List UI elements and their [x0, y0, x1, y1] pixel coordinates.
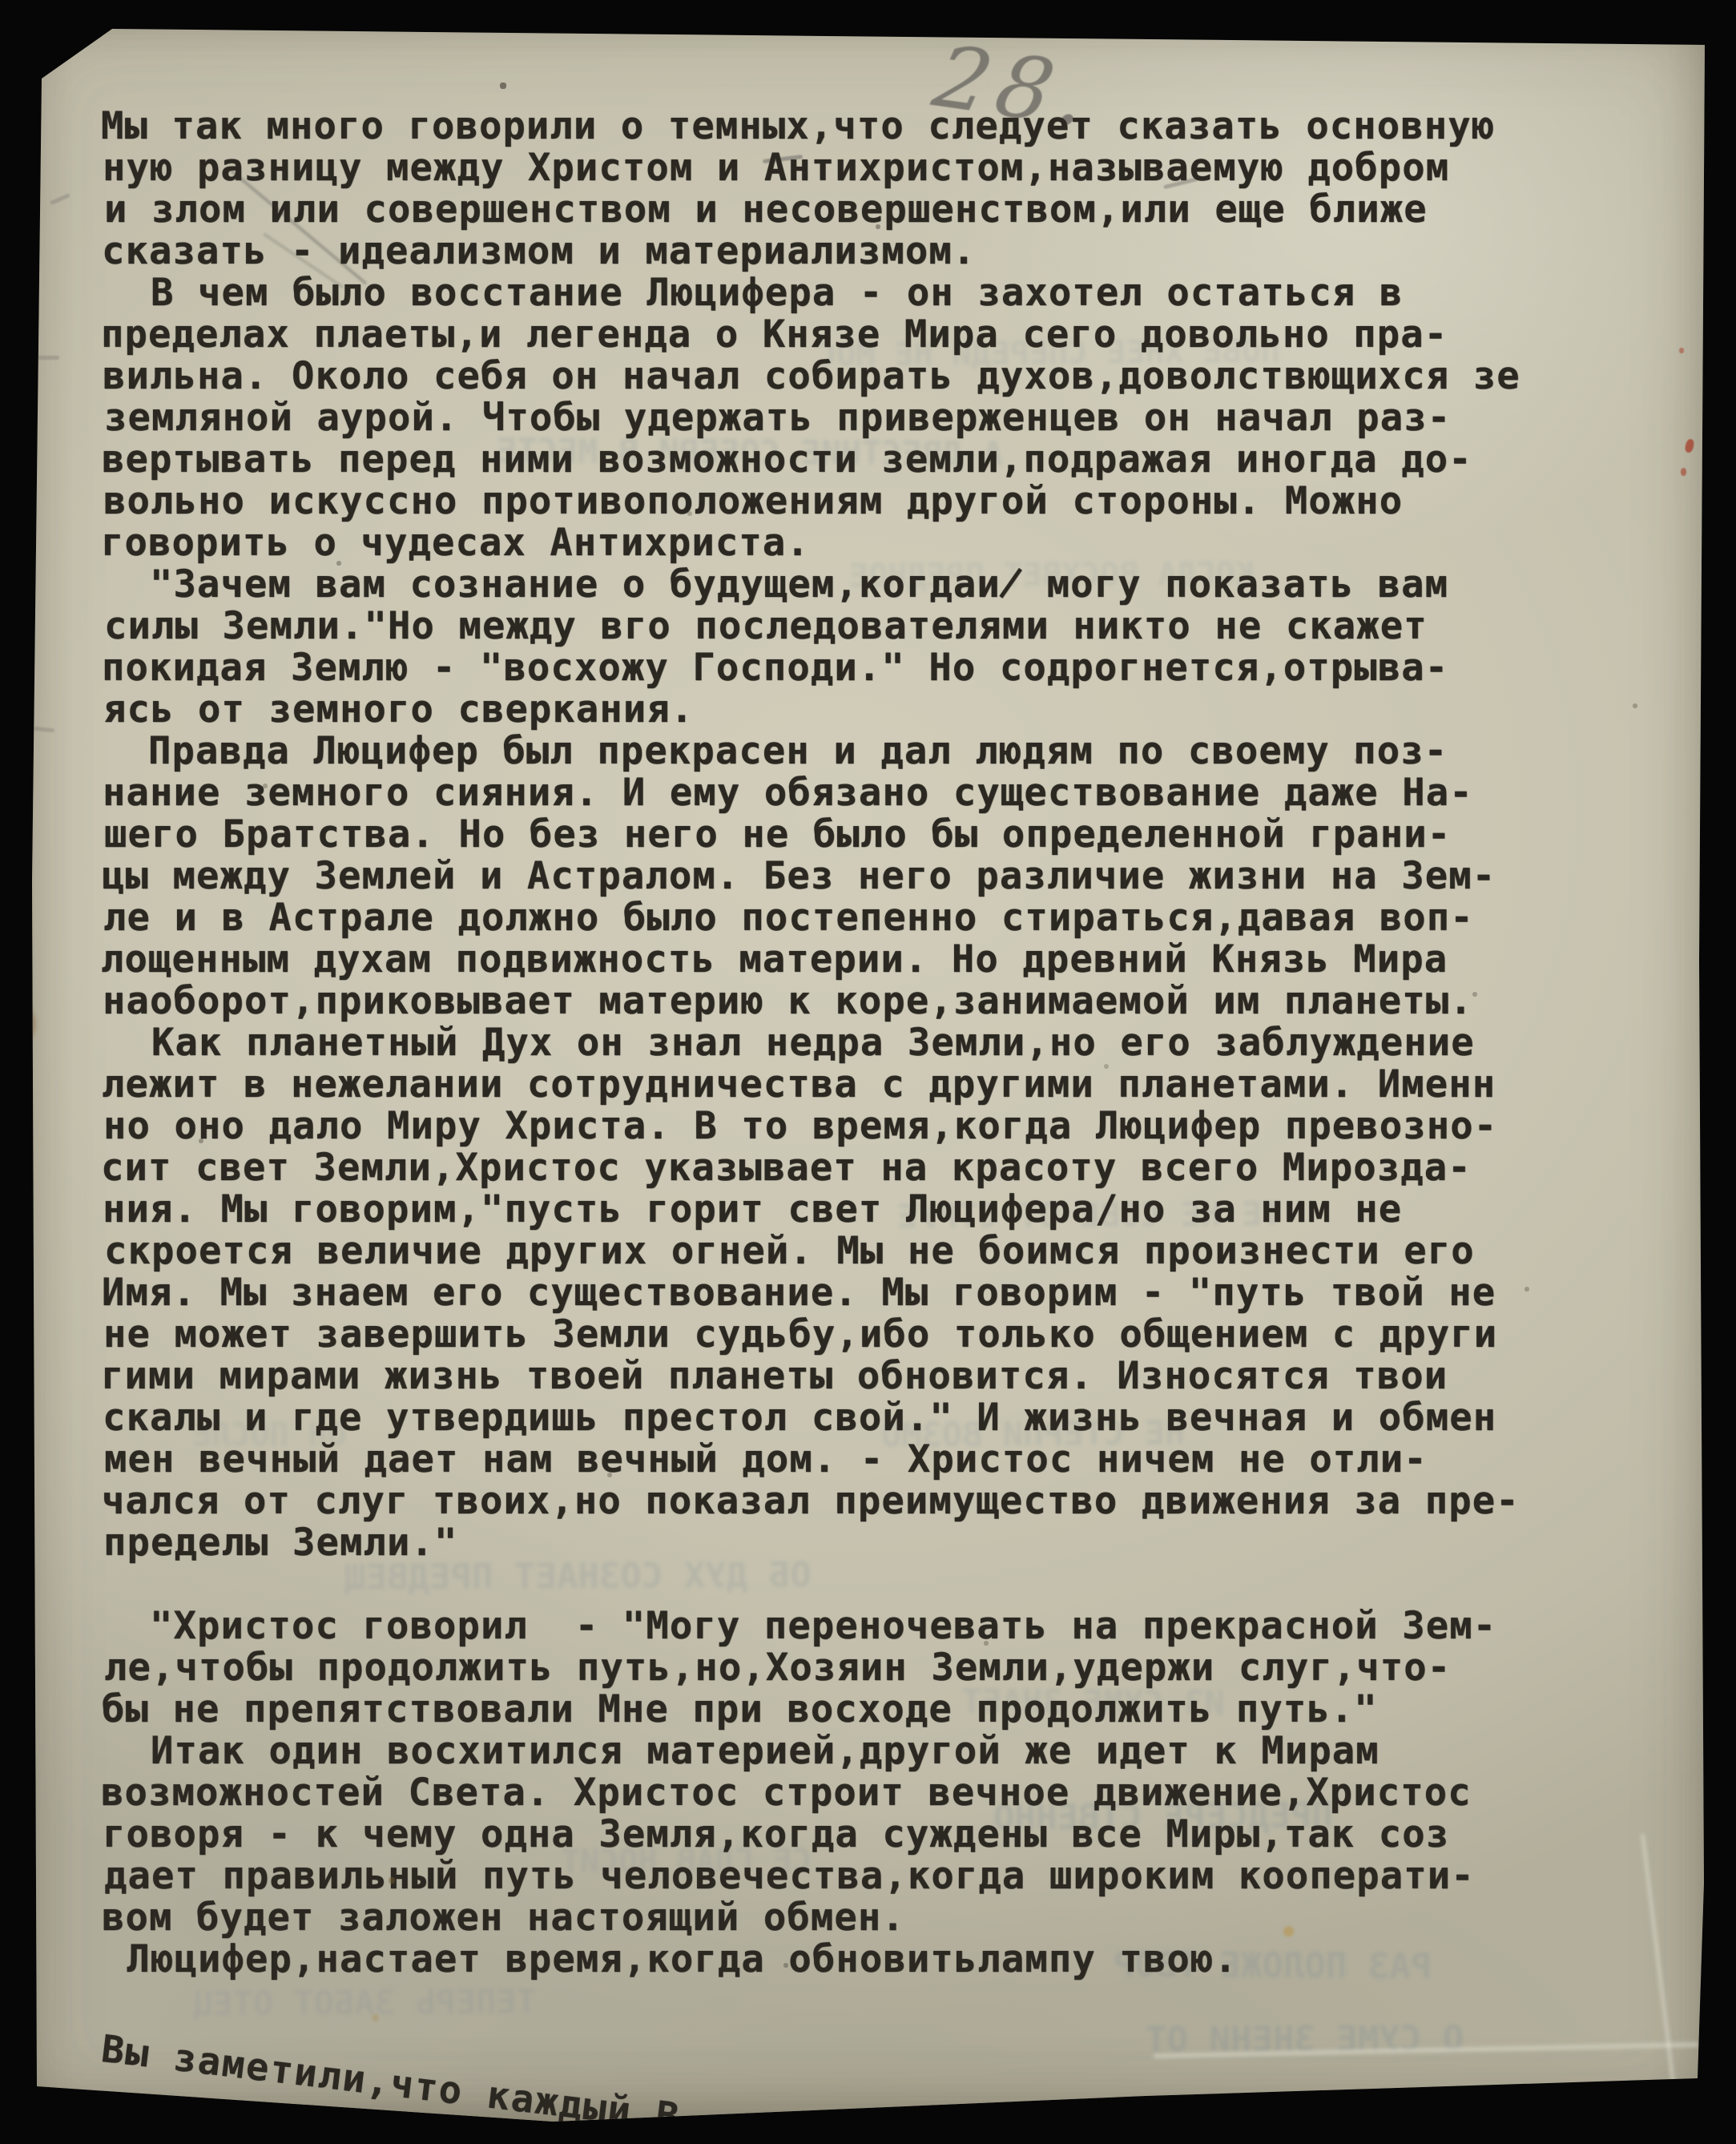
typed-line: говорить о чудесах Антихриста.: [101, 522, 1519, 564]
typed-line: Как планетный Дух он знал недра Земли,но…: [104, 1022, 1522, 1064]
typed-line: покидая Землю - "восхожу Господи." Но со…: [102, 647, 1520, 689]
typed-line: но оно дало Миру Христа. В то время,когд…: [103, 1106, 1521, 1147]
dust-speckles: [0, 0, 2, 2]
red-ink-speck-1: [1684, 438, 1695, 453]
typed-text-block: Мы так много говорили о темных,что следу…: [103, 106, 1521, 1981]
typed-line: скроется величие других огней. Мы не бои…: [104, 1231, 1522, 1272]
typed-line: вольно искуссно противоположениям другой…: [103, 481, 1521, 522]
typed-line: Мы так много говорили о темных,что следу…: [101, 106, 1519, 147]
typed-line: не может завершить Земли судьбу,ибо толь…: [103, 1314, 1521, 1356]
typed-line: шего Братства. Но без него не было бы оп…: [104, 814, 1522, 856]
red-ink-speck-2: [1681, 468, 1686, 476]
typed-line: дает правильный путь человечества,когда …: [104, 1856, 1522, 1897]
typed-line: Люцифер,настает время,когда обновитьламп…: [103, 1939, 1521, 1981]
typed-line: Имя. Мы знаем его существование. Мы гово…: [102, 1272, 1520, 1314]
typed-line: ния. Мы говорим,"пусть горит свет Люцифе…: [103, 1189, 1521, 1231]
typed-line: возможностей Света. Христос строит вечно…: [101, 1772, 1519, 1814]
typed-line: нание земного сияния. И ему обязано суще…: [103, 772, 1521, 814]
typed-line: ную разницу между Христом и Антихристом,…: [103, 147, 1521, 189]
red-ink-speck-3: [1679, 348, 1684, 353]
typed-line: ле,чтобы продолжить путь,но,Хозяин Земли…: [104, 1647, 1522, 1689]
small-spot: [372, 2014, 379, 2021]
typed-line: мен вечный дает нам вечный дом. - Христо…: [104, 1439, 1522, 1481]
typed-line: В чем было восстание Люцифера - он захот…: [103, 272, 1521, 314]
typed-line: лощенным духам подвижность материи. Но д…: [101, 939, 1519, 981]
typed-line: Правда Люцифер был прекрасен и дал людям…: [101, 731, 1519, 772]
brown-stain: [11, 1006, 35, 1042]
yellow-spot: [1283, 1926, 1294, 1936]
typed-line: пределах плаеты,и легенда о Князе Мира с…: [101, 314, 1519, 356]
typed-line: Итак один восхитился материей,другой же …: [103, 1731, 1521, 1772]
typed-line: ясь от земного сверкания.: [103, 689, 1521, 731]
typed-line: вертывать перед ними возможности земли,п…: [102, 439, 1520, 481]
typed-line: силы Земли."Но между вго последователями…: [104, 606, 1522, 647]
typed-line: земляной аурой. Чтобы удержать привержен…: [104, 397, 1522, 439]
scanned-page-canvas: 28. ПОВЕ ХНЕЕ СПЕРЕДИ НЕ МОСА ДВЕСТНИЕ С…: [0, 0, 1736, 2144]
typed-line: "Христос говорил - "Могу переночевать на…: [103, 1606, 1521, 1647]
typed-line: вом будет заложен настоящий обмен.: [102, 1897, 1520, 1939]
typed-line: чался от слуг твоих,но показал преимущес…: [102, 1481, 1520, 1522]
typed-line: лежит в нежелании сотрудничества с други…: [102, 1064, 1520, 1106]
typed-line: [101, 1564, 1519, 1606]
typed-line: сказать - идеализмом и материализмом.: [102, 231, 1520, 272]
typed-line-slanted: Вы заметили,что каждый В: [99, 2029, 683, 2139]
typed-line: бы не препятствовали Мне при восходе про…: [102, 1689, 1520, 1731]
typed-line: и злом или совершенством и несовершенств…: [104, 189, 1522, 231]
typed-line: ле и в Астрале должно было постепенно ст…: [103, 897, 1521, 939]
margin-tick-3: [34, 727, 54, 733]
paper-sheet: 28. ПОВЕ ХНЕЕ СПЕРЕДИ НЕ МОСА ДВЕСТНИЕ С…: [0, 0, 1736, 2144]
typed-line: вильна. Около себя он начал собирать дух…: [103, 356, 1521, 397]
margin-tick-1: [50, 193, 70, 205]
typed-line: цы между Землей и Астралом. Без него раз…: [102, 856, 1520, 897]
fold-crease-vertical: [1641, 1834, 1677, 2097]
bleedthrough-text: ТЕПЕРЬ ЗАБОТ ОТЕЦ: [192, 1982, 537, 2024]
typed-line: "Зачем вам сознание о будущем,когдаи̸ мо…: [103, 564, 1521, 606]
margin-tick-2: [35, 356, 59, 360]
typed-line: пределы Земли.": [103, 1522, 1521, 1564]
typed-line: говоря - к чему одна Земля,когда суждены…: [103, 1814, 1521, 1856]
typed-line: сит свет Земли,Христос указывает на крас…: [101, 1147, 1519, 1189]
typed-line: скалы и где утвердишь престол свой." И ж…: [103, 1397, 1521, 1439]
typed-line: наоборот,приковывает материю к коре,зани…: [103, 981, 1521, 1022]
typed-line: гими мирами жизнь твоей планеты обновитс…: [101, 1356, 1519, 1397]
